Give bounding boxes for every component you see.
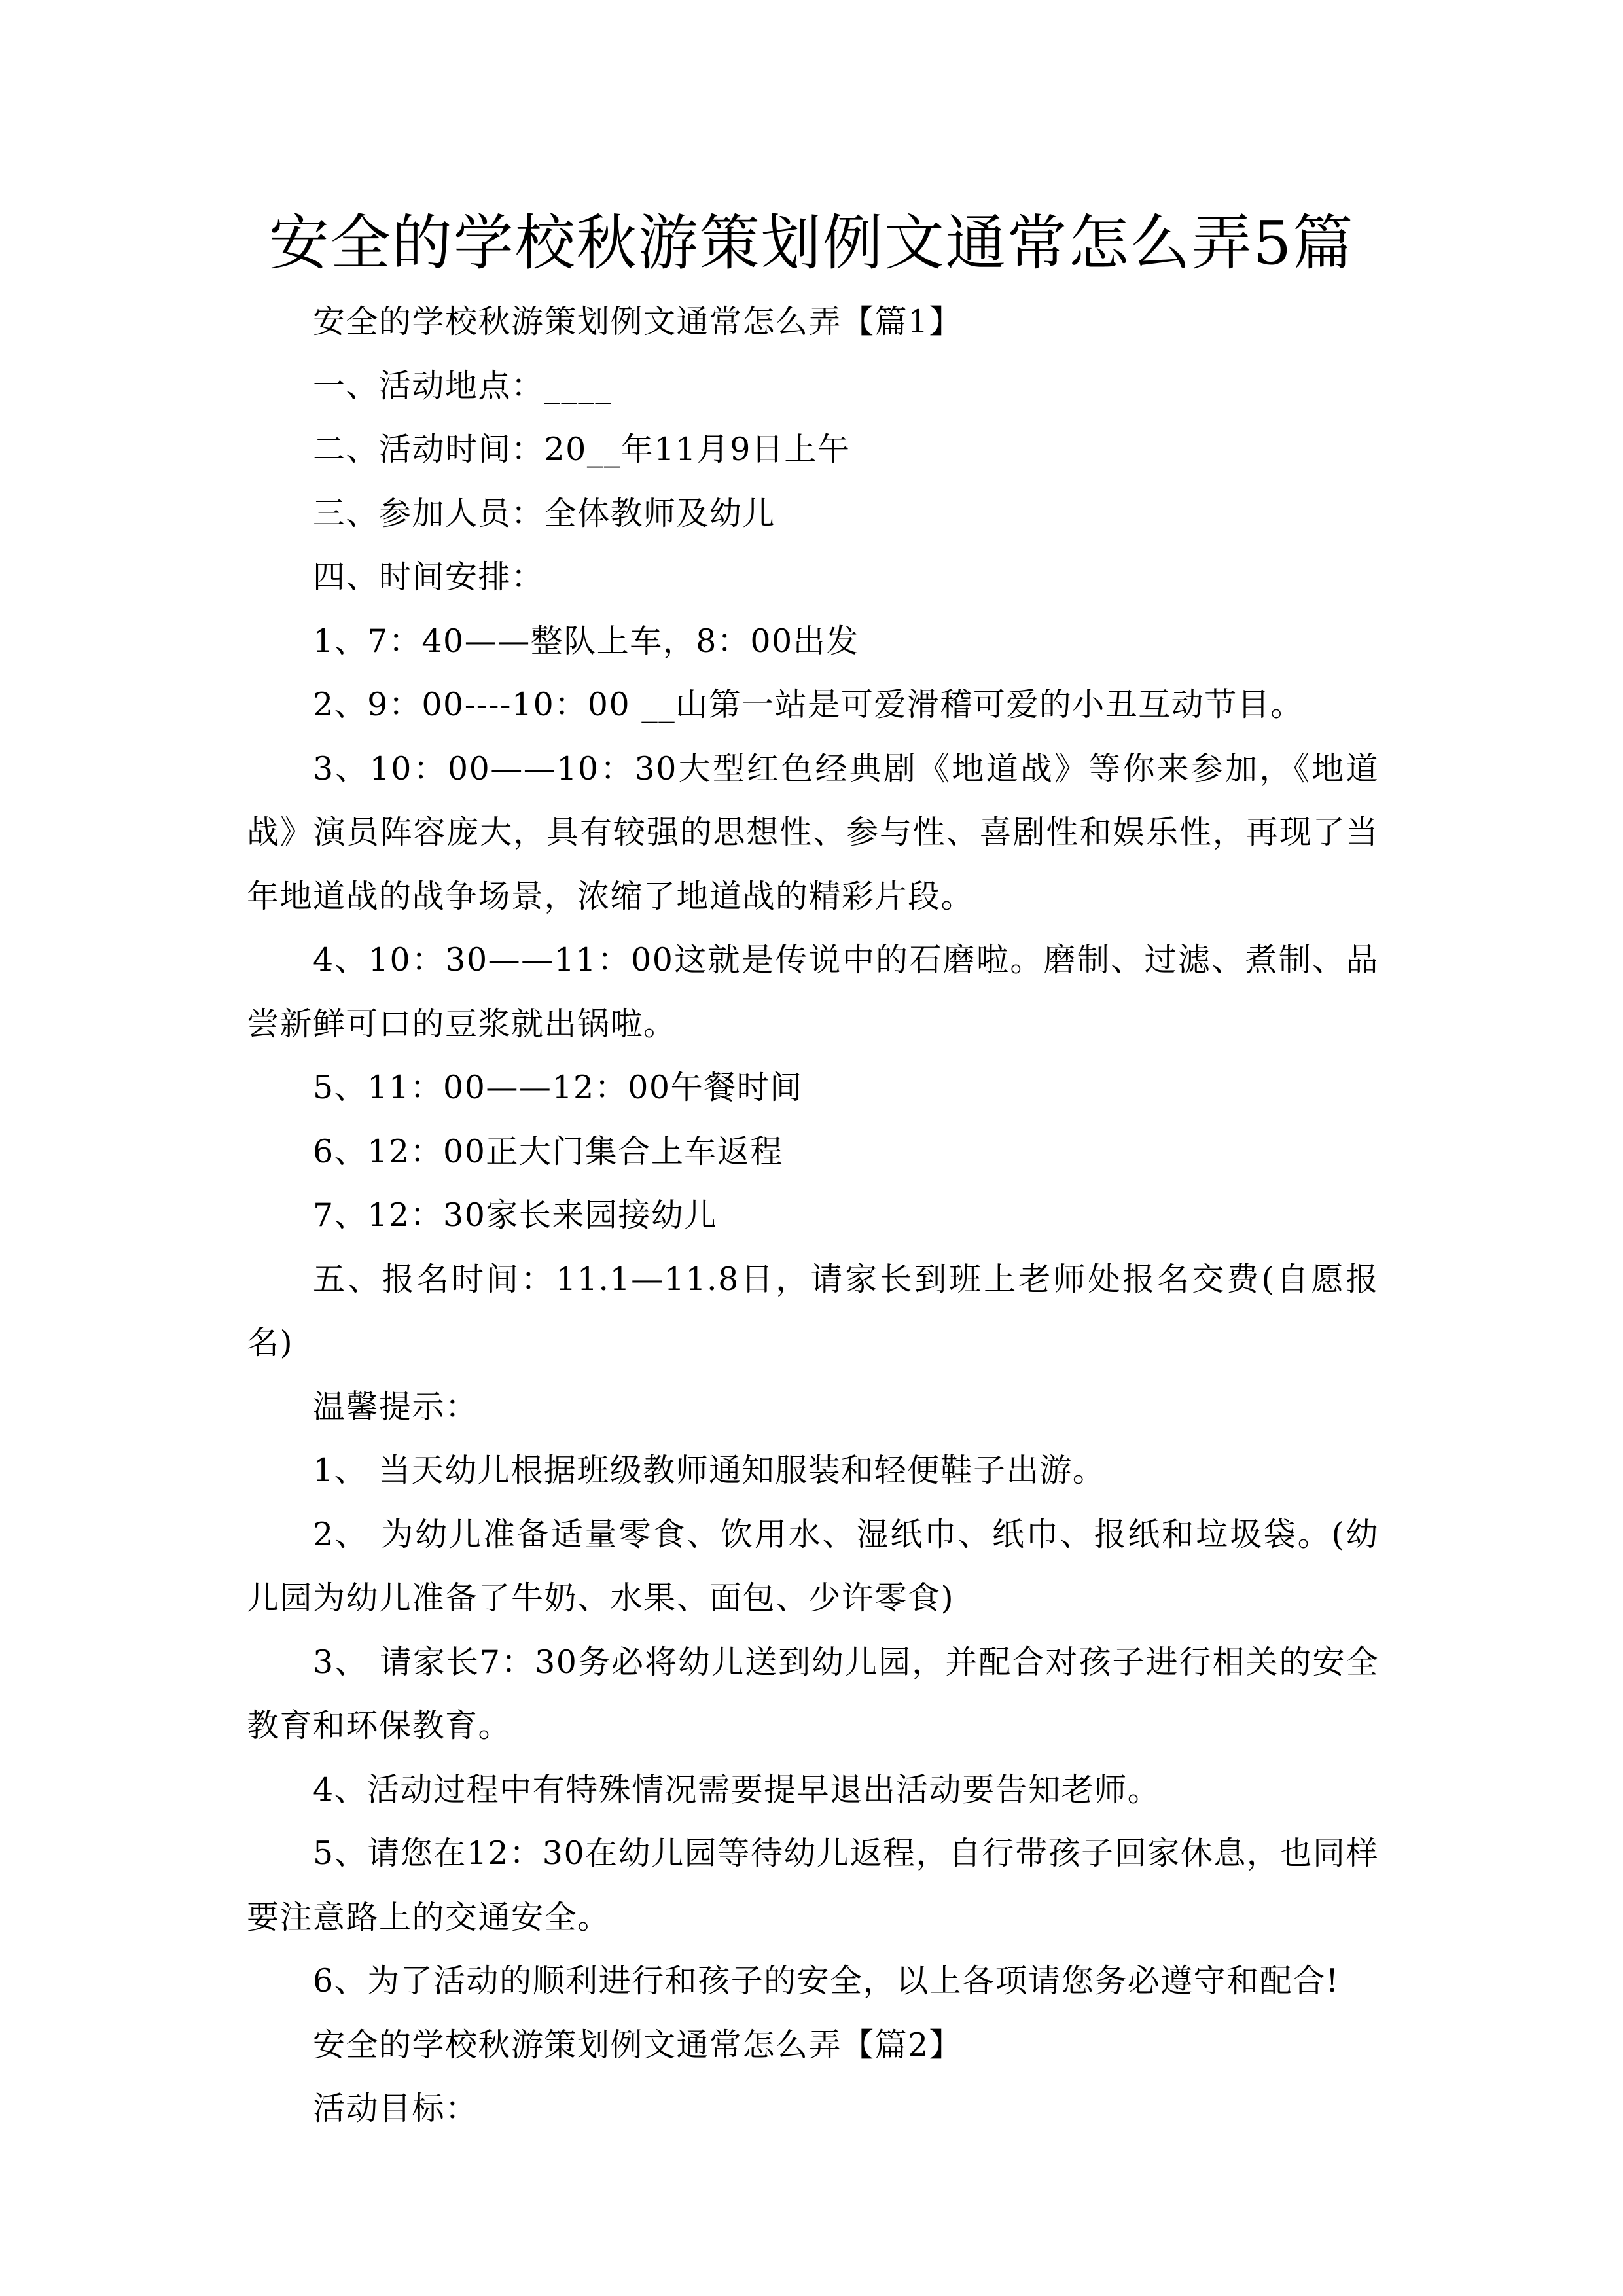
tip-item-2: 2、 为幼儿准备适量零食、饮用水、湿纸巾、纸巾、报纸和垃圾袋。(幼儿园为幼儿准备… bbox=[247, 1503, 1379, 1630]
document-title: 安全的学校秋游策划例文通常怎么弄5篇 bbox=[0, 204, 1623, 283]
schedule-item-5: 5、11：00——12：00午餐时间 bbox=[247, 1056, 1379, 1120]
activity-time: 二、活动时间：20__年11月9日上午 bbox=[247, 418, 1379, 482]
schedule-item-1: 1、7：40——整队上车，8：00出发 bbox=[247, 609, 1379, 673]
registration-time: 五、报名时间：11.1—11.8日，请家长到班上老师处报名交费(自愿报名) bbox=[247, 1247, 1379, 1375]
schedule-heading: 四、时间安排： bbox=[247, 545, 1379, 609]
activity-location: 一、活动地点：____ bbox=[247, 354, 1379, 418]
tip-item-1: 1、 当天幼儿根据班级教师通知服装和轻便鞋子出游。 bbox=[247, 1439, 1379, 1503]
participants: 三、参加人员：全体教师及幼儿 bbox=[247, 482, 1379, 546]
schedule-item-4: 4、10：30——11：00这就是传说中的石磨啦。磨制、过滤、煮制、品尝新鲜可口… bbox=[247, 928, 1379, 1056]
schedule-item-2: 2、9：00----10：00 __山第一站是可爱滑稽可爱的小丑互动节目。 bbox=[247, 673, 1379, 737]
schedule-item-7: 7、12：30家长来园接幼儿 bbox=[247, 1183, 1379, 1247]
tip-item-4: 4、活动过程中有特殊情况需要提早退出活动要告知老师。 bbox=[247, 1758, 1379, 1822]
activity-goals-heading: 活动目标： bbox=[247, 2077, 1379, 2141]
section-heading-part-2: 安全的学校秋游策划例文通常怎么弄【篇2】 bbox=[247, 2013, 1379, 2077]
tip-item-5: 5、请您在12：30在幼儿园等待幼儿返程，自行带孩子回家休息，也同样要注意路上的… bbox=[247, 1821, 1379, 1949]
document-body: 安全的学校秋游策划例文通常怎么弄【篇1】 一、活动地点：____ 二、活动时间：… bbox=[247, 290, 1379, 2141]
tip-item-6: 6、为了活动的顺利进行和孩子的安全，以上各项请您务必遵守和配合! bbox=[247, 1949, 1379, 2013]
document-page: 安全的学校秋游策划例文通常怎么弄5篇 安全的学校秋游策划例文通常怎么弄【篇1】 … bbox=[0, 0, 1623, 2296]
tip-item-3: 3、 请家长7：30务必将幼儿送到幼儿园，并配合对孩子进行相关的安全教育和环保教… bbox=[247, 1630, 1379, 1758]
schedule-item-6: 6、12：00正大门集合上车返程 bbox=[247, 1120, 1379, 1184]
schedule-item-3: 3、10：00——10：30大型红色经典剧《地道战》等你来参加，《地道战》演员阵… bbox=[247, 737, 1379, 929]
section-heading-part-1: 安全的学校秋游策划例文通常怎么弄【篇1】 bbox=[247, 290, 1379, 354]
tips-heading: 温馨提示： bbox=[247, 1375, 1379, 1439]
